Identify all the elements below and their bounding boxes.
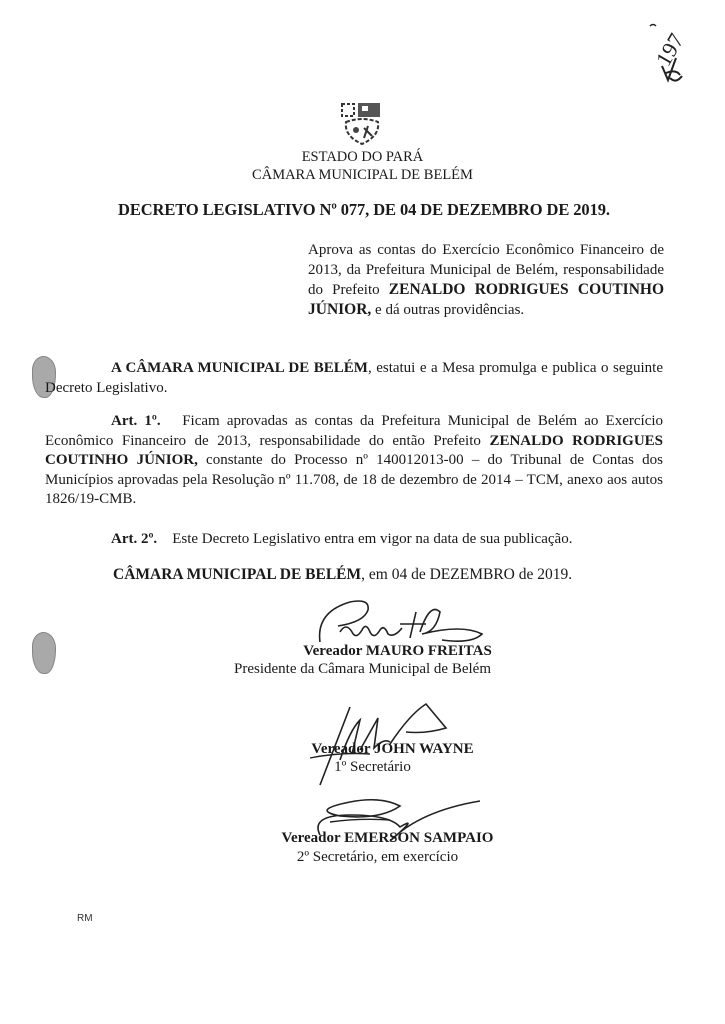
article-1-label: Art. 1º. (111, 413, 161, 429)
signatory-1-name: Vereador MAURO FREITAS (0, 643, 725, 660)
preamble: A CÂMARA MUNICIPAL DE BELÉM, estatui e a… (45, 359, 663, 398)
signatory-2-role: 1º Secretário (0, 759, 725, 776)
ementa-summary: Aprova as contas do Exercício Econômico … (308, 240, 664, 320)
dateline-date: , em 04 de DEZEMBRO de 2019. (361, 566, 572, 583)
svg-text:197: 197 (651, 29, 689, 70)
article-1: Art. 1º. Ficam aprovadas as contas da Pr… (45, 412, 663, 510)
header-state: ESTADO DO PARÁ (0, 149, 725, 166)
coat-of-arms-icon (338, 100, 388, 148)
dateline-chamber: CÂMARA MUNICIPAL DE BELÉM (113, 566, 361, 583)
signatory-3-name: Vereador EMERSON SAMPAIO (0, 830, 725, 847)
handwritten-page-number: 197 (640, 18, 700, 88)
ementa-text-end: e dá outras providências. (371, 302, 524, 318)
preamble-chamber: A CÂMARA MUNICIPAL DE BELÉM (111, 360, 368, 376)
dateline: CÂMARA MUNICIPAL DE BELÉM, em 04 de DEZE… (113, 566, 572, 584)
signatory-2-name: Vereador JOHN WAYNE (0, 741, 725, 758)
document-title: DECRETO LEGISLATIVO Nº 077, DE 04 DE DEZ… (118, 200, 610, 220)
signatory-3-role: 2º Secretário, em exercício (0, 849, 725, 866)
signatory-1-role: Presidente da Câmara Municipal de Belém (0, 661, 725, 678)
footer-initials: RM (77, 913, 93, 924)
header-chamber: CÂMARA MUNICIPAL DE BELÉM (0, 167, 725, 184)
article-2-text: Este Decreto Legislativo entra em vigor … (172, 531, 572, 547)
article-2-label: Art. 2º. (111, 531, 157, 547)
article-2: Art. 2º. Este Decreto Legislativo entra … (45, 530, 663, 550)
